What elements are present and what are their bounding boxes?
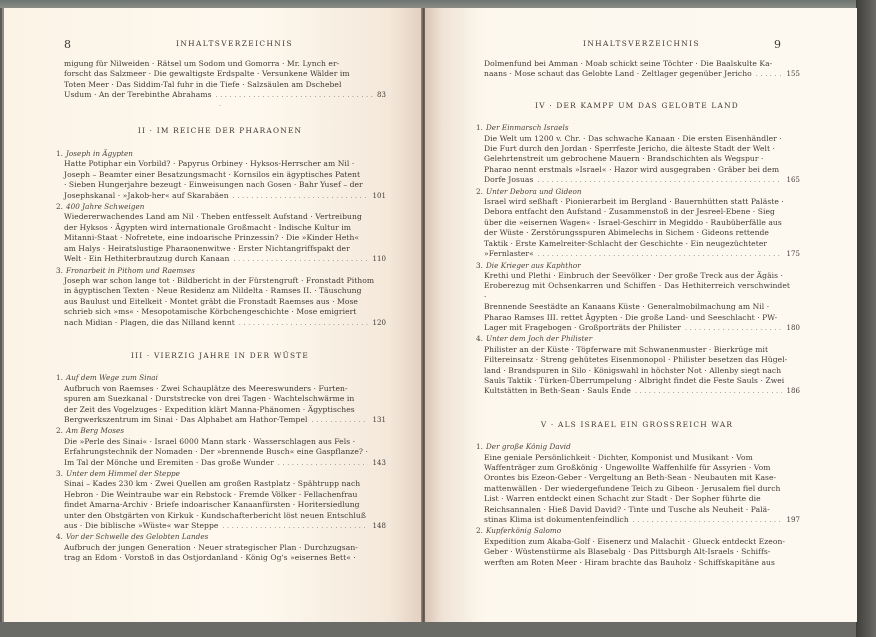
- toc-line: Expedition zum Akaba-Golf · Eisenerz und…: [484, 537, 790, 547]
- dot-leader: ........................................…: [312, 416, 369, 426]
- dot-leader: ........................................…: [756, 70, 783, 80]
- dot-leader: ........................................…: [216, 91, 373, 101]
- page-ref[interactable]: 197: [786, 515, 800, 525]
- dot-leader: ........................................…: [222, 522, 368, 532]
- toc-leader-line: naans · Mose schaut das Gelobte Land · Z…: [484, 69, 790, 80]
- chapter-title[interactable]: 1.Auf dem Wege zum Sinai: [56, 373, 376, 383]
- page-ref[interactable]: 143: [372, 458, 386, 468]
- toc-line: Die Welt um 1200 v. Chr. · Das schwache …: [484, 134, 790, 144]
- chapter-title-text: Am Berg Moses: [66, 426, 124, 435]
- page-ref[interactable]: 186: [786, 386, 800, 396]
- chapter-title-text: Die Krieger aus Kaphthor: [486, 261, 581, 270]
- chapter-number: 3.: [56, 266, 63, 275]
- toc-chapter: 2.Am Berg Moses Die »Perle des Sinai« · …: [64, 426, 376, 469]
- toc-line: Debora entfacht den Aufstand · Zusammens…: [484, 207, 790, 217]
- chapter-number: 4.: [476, 334, 483, 343]
- toc-chapter: 2.Unter Debora und Gideon Israel wird se…: [484, 187, 790, 261]
- chapter-title-text: 400 Jahre Schweigen: [66, 202, 145, 211]
- toc-continuation: migung für Nilweiden · Rätsel um Sodom u…: [64, 59, 376, 102]
- toc-leader-line: stinas Klima ist dokumentenfeindlich ...…: [484, 515, 790, 526]
- dot-leader: ........................................…: [233, 192, 369, 202]
- toc-line: Sinai – Kades 230 km · Zwei Quellen am g…: [64, 479, 376, 489]
- page-ref[interactable]: 175: [786, 249, 800, 259]
- toc-line: Eine geniale Persönlichkeit · Dichter, K…: [484, 453, 790, 463]
- toc-line: Aufbruch von Raemses · Zwei Schauplätze …: [64, 384, 376, 394]
- dot-leader: ........................................…: [685, 324, 783, 334]
- toc-line: Erfahrungstechnik der Nomaden · Der »bre…: [64, 447, 376, 457]
- toc-line: Die Furt durch den Jordan · Sperrfeste J…: [484, 144, 790, 154]
- toc-line: nach Midian · Plagen, die das Nilland ke…: [64, 318, 235, 328]
- toc-leader-line: Im Tal der Mönche und Eremiten · Das gro…: [64, 458, 376, 469]
- toc-line: Pharao Ramses III. rettet Ägypten · Die …: [484, 313, 790, 323]
- dot-leader: ........................................…: [538, 250, 783, 260]
- toc-leader-line: Usdum · An der Terebinthe Abrahams .....…: [64, 90, 376, 101]
- chapter-title-text: Unter dem Himmel der Steppe: [66, 469, 180, 478]
- toc-line: forscht das Salzmeer · Die gewaltigste E…: [64, 69, 376, 79]
- toc-chapter: 3.Unter dem Himmel der Steppe Sinai – Ka…: [64, 469, 376, 532]
- toc-line: naans · Mose schaut das Gelobte Land · Z…: [484, 69, 752, 79]
- toc-leader-line: Bergwerkszentrum im Sinai · Das Alphabet…: [64, 415, 376, 426]
- toc-line: Joseph – Beamter einer Besatzungsmacht ·…: [64, 170, 376, 180]
- toc-chapter: 2.Kupferkönig Salomo Expedition zum Akab…: [484, 526, 790, 568]
- toc-line: Philister an der Küste · Töpferware mit …: [484, 345, 790, 355]
- toc-line: der Wüste · Zerstörungsspuren Abimelechs…: [484, 228, 790, 238]
- toc-line: Mitanni-Staat · Nofretete, eine indoaris…: [64, 233, 376, 243]
- toc-line: schrieb sich »ms« · Mesopotamische Körbc…: [64, 307, 376, 317]
- toc-leader-line: Josephskanal · »Jakob-her« auf Skarabäen…: [64, 191, 376, 202]
- toc-line: Usdum · An der Terebinthe Abrahams: [64, 90, 212, 100]
- toc-chapter: 1.Der große König David Eine geniale Per…: [484, 442, 790, 526]
- chapter-title-text: Der große König David: [486, 442, 571, 451]
- toc-line: findet Amarna-Archiv · Briefe indoarisch…: [64, 500, 376, 510]
- page-ref[interactable]: 101: [372, 191, 386, 201]
- toc-line: am Halys · Heiratslustige Pharaonenwitwe…: [64, 244, 376, 254]
- toc-chapter: 3.Fronarbeit in Pithom und Raemses Josep…: [64, 266, 376, 329]
- toc-line: über die »eisernen Wagen« · Israel-Gesch…: [484, 218, 790, 228]
- toc-line: Dolmenfund bei Amman · Moab schickt sein…: [484, 59, 790, 69]
- chapter-title[interactable]: 4.Unter dem Joch der Philister: [476, 334, 790, 344]
- dot-leader: ........................................…: [239, 319, 369, 329]
- dot-leader: ........................................…: [278, 459, 369, 469]
- toc-chapter: 4.Vor der Schwelle des Gelobten Landes A…: [64, 532, 376, 563]
- chapter-number: 2.: [56, 426, 63, 435]
- toc-line: Israel wird seßhaft · Pionierarbeit im B…: [484, 197, 790, 207]
- toc-line: Eroberezug mit Ochsenkarren und Schiffen…: [484, 281, 790, 302]
- toc-line: Wiedererwachendes Land am Nil · Theben e…: [64, 212, 376, 222]
- chapter-title[interactable]: 3.Unter dem Himmel der Steppe: [56, 469, 376, 479]
- chapter-title[interactable]: 2.Unter Debora und Gideon: [476, 187, 790, 197]
- toc-line: Gelehrtenstreit um gebrochene Mauern · B…: [484, 154, 790, 164]
- toc-line: land · Brandspuren in Silo · Königswahl …: [484, 366, 790, 376]
- toc-line: Taktik · Erste Kamelreiter-Schlacht der …: [484, 239, 790, 249]
- chapter-title[interactable]: 1.Der Einmarsch Israels: [476, 123, 790, 133]
- toc-line: Orontes bis Ezeon-Geber · Vergeltung an …: [484, 473, 790, 483]
- toc-line: migung für Nilweiden · Rätsel um Sodom u…: [64, 59, 376, 69]
- toc-line: Reichsannalen · Hieß David David? · Tint…: [484, 505, 790, 515]
- chapter-title-text: Kupferkönig Salomo: [486, 526, 561, 535]
- left-running-head: INHALTSVERZEICHNIS: [176, 39, 293, 48]
- chapter-number: 3.: [56, 469, 63, 478]
- chapter-number: 1.: [476, 442, 483, 451]
- toc-chapter: 1.Joseph in Ägypten Hatte Potiphar ein V…: [64, 149, 376, 202]
- toc-leader-line: Lager mit Fragebogen · Großporträts der …: [484, 323, 790, 334]
- chapter-title-text: Der Einmarsch Israels: [486, 123, 569, 132]
- toc-line: Die »Perle des Sinai« · Israel 6000 Mann…: [64, 437, 376, 447]
- toc-line: Filtereinsatz · Streng gehütetes Eisenmo…: [484, 355, 790, 365]
- chapter-title[interactable]: 2.Am Berg Moses: [56, 426, 376, 436]
- toc-leader-line: »Fernlaster« ...........................…: [484, 249, 790, 260]
- left-page-number: 8: [64, 38, 71, 51]
- toc-line: Dorfe Josuas: [484, 175, 533, 185]
- toc-leader-line: aus · Die biblische »Wüste« war Steppe .…: [64, 521, 376, 532]
- chapter-title-text: Joseph in Ägypten: [66, 149, 133, 158]
- toc-line: Welt · Ein Hethiterbrautzug durch Kanaan: [64, 254, 229, 264]
- dot-leader: ........................................…: [635, 387, 783, 397]
- toc-line: aus · Die biblische »Wüste« war Steppe: [64, 521, 218, 531]
- toc-line: der Zeit des Vogelzuges · Expedition klä…: [64, 405, 376, 415]
- chapter-title[interactable]: 4.Vor der Schwelle des Gelobten Landes: [56, 532, 376, 542]
- toc-line: · Sieben Hungerjahre bezeugt · Einweisun…: [64, 180, 376, 190]
- toc-line: Josephskanal · »Jakob-her« auf Skarabäen: [64, 191, 229, 201]
- toc-line: Pharao nennt erstmals »Israel« · Hazor w…: [484, 165, 790, 175]
- chapter-number: 3.: [476, 261, 483, 270]
- chapter-title[interactable]: 1.Joseph in Ägypten: [56, 149, 376, 159]
- toc-chapter: 4.Unter dem Joch der Philister Philister…: [484, 334, 790, 397]
- dot-leader: ........................................…: [537, 176, 782, 186]
- toc-chapter: 1.Auf dem Wege zum Sinai Aufbruch von Ra…: [64, 373, 376, 426]
- chapter-title-text: Unter dem Joch der Philister: [486, 334, 592, 343]
- page-ref[interactable]: 148: [372, 521, 386, 531]
- part-title: II · IM REICHE DER PHARAONEN: [64, 126, 376, 136]
- page-ref[interactable]: 83: [377, 90, 386, 100]
- toc-line: Waffenträger zum Großkönig · Ungewollte …: [484, 463, 790, 473]
- toc-line: Brennende Seestädte an Kanaans Küste · G…: [484, 302, 790, 312]
- toc-line: Hebron · Die Weintraube war ein Rebstock…: [64, 490, 376, 500]
- toc-line: Sauls Taktik · Türken-Überrumpelung · Al…: [484, 376, 790, 386]
- page-ref[interactable]: 165: [786, 175, 800, 185]
- chapter-title-text: Unter Debora und Gideon: [486, 187, 582, 196]
- toc-line: Aufbruch der jungen Generation · Neuer s…: [64, 543, 376, 553]
- chapter-title-text: Auf dem Wege zum Sinai: [66, 373, 158, 382]
- page-ref[interactable]: 180: [786, 323, 800, 333]
- toc-line: trag an Edom · Vorstoß in das Ostjordanl…: [64, 553, 376, 563]
- toc-line: spuren am Suezkanal · Durststrecke von d…: [64, 394, 376, 404]
- toc-line: List · Warren entdeckt einen Schacht zur…: [484, 494, 790, 504]
- toc-line: in ägyptischen Texten · Neue Residenz am…: [64, 286, 376, 296]
- chapter-title[interactable]: 3.Die Krieger aus Kaphthor: [476, 261, 790, 271]
- chapter-number: 2.: [56, 202, 63, 211]
- chapter-number: 2.: [476, 526, 483, 535]
- toc-line: »Fernlaster«: [484, 249, 534, 259]
- toc-line: aus Baulust und Eitelkeit · Montet gräbt…: [64, 297, 376, 307]
- toc-line: Krethi und Plethi · Einbruch der Seevölk…: [484, 271, 790, 281]
- chapter-title[interactable]: 1.Der große König David: [476, 442, 790, 452]
- right-toc: Dolmenfund bei Amman · Moab schickt sein…: [484, 59, 790, 568]
- toc-leader-line: Dorfe Josuas ...........................…: [484, 175, 790, 186]
- toc-line: stinas Klima ist dokumentenfeindlich: [484, 515, 629, 525]
- cover-edge-bottom: [0, 622, 876, 637]
- right-page-number: 9: [774, 38, 781, 51]
- toc-line: Im Tal der Mönche und Eremiten · Das gro…: [64, 458, 274, 468]
- chapter-title[interactable]: 2.Kupferkönig Salomo: [476, 526, 790, 536]
- left-toc: migung für Nilweiden · Rätsel um Sodom u…: [64, 59, 376, 564]
- part-title: III · VIERZIG JAHRE IN DER WÜSTE: [64, 351, 376, 361]
- toc-line: der Hyksos · Ägypten wird internationale…: [64, 223, 376, 233]
- toc-continuation: Dolmenfund bei Amman · Moab schickt sein…: [484, 59, 790, 81]
- toc-chapter: 3.Die Krieger aus Kaphthor Krethi und Pl…: [484, 261, 790, 335]
- toc-chapter: 2.400 Jahre Schweigen Wiedererwachendes …: [64, 202, 376, 265]
- chapter-title-text: Vor der Schwelle des Gelobten Landes: [66, 532, 208, 541]
- chapter-number: 1.: [56, 373, 63, 382]
- dot-leader: ........................................…: [633, 516, 783, 526]
- toc-line: Geber · Wüstenstürme als Blasebalg · Das…: [484, 547, 790, 557]
- toc-line: Joseph war schon lange tot · Bildbericht…: [64, 276, 376, 286]
- toc-line: Toten Meer · Das Siddim-Tal fuhr in die …: [64, 80, 376, 90]
- dot-leader: ........................................…: [233, 255, 368, 265]
- toc-line: unter den Obstgärten von Kirkuk · Kundsc…: [64, 511, 376, 521]
- cover-edge-top: [0, 0, 876, 8]
- toc-line: Kultstätten in Beth-Sean · Sauls Ende: [484, 386, 631, 396]
- decorative-mark: ·: [64, 102, 376, 126]
- page-ref[interactable]: 131: [372, 415, 386, 425]
- chapter-title[interactable]: 3.Fronarbeit in Pithom und Raemses: [56, 266, 376, 276]
- toc-chapter: 1.Der Einmarsch Israels Die Welt um 1200…: [484, 123, 790, 186]
- toc-leader-line: Welt · Ein Hethiterbrautzug durch Kanaan…: [64, 254, 376, 265]
- chapter-number: 4.: [56, 532, 63, 541]
- right-running-head: INHALTSVERZEICHNIS: [583, 39, 700, 48]
- chapter-title[interactable]: 2.400 Jahre Schweigen: [56, 202, 376, 212]
- page-ref[interactable]: 155: [786, 69, 800, 79]
- toc-line: werften am Roten Meer · Hiram brachte da…: [484, 558, 790, 568]
- page-ref[interactable]: 120: [372, 318, 386, 328]
- toc-leader-line: nach Midian · Plagen, die das Nilland ke…: [64, 318, 376, 329]
- toc-line: Bergwerkszentrum im Sinai · Das Alphabet…: [64, 415, 308, 425]
- cover-edge-right: [856, 0, 876, 637]
- chapter-number: 1.: [56, 149, 63, 158]
- part-title: V · ALS ISRAEL EIN GROSSREICH WAR: [484, 420, 790, 430]
- page-ref[interactable]: 110: [372, 254, 386, 264]
- toc-line: Hatte Potiphar ein Vorbild? · Papyrus Or…: [64, 159, 376, 169]
- chapter-number: 1.: [476, 123, 483, 132]
- chapter-number: 2.: [476, 187, 483, 196]
- part-title: IV · DER KAMPF UM DAS GELOBTE LAND: [484, 101, 790, 111]
- toc-leader-line: Kultstätten in Beth-Sean · Sauls Ende ..…: [484, 386, 790, 397]
- toc-line: mattenwällen · Der wiedergefundene Teich…: [484, 484, 790, 494]
- toc-line: Lager mit Fragebogen · Großporträts der …: [484, 323, 681, 333]
- chapter-title-text: Fronarbeit in Pithom und Raemses: [66, 266, 195, 275]
